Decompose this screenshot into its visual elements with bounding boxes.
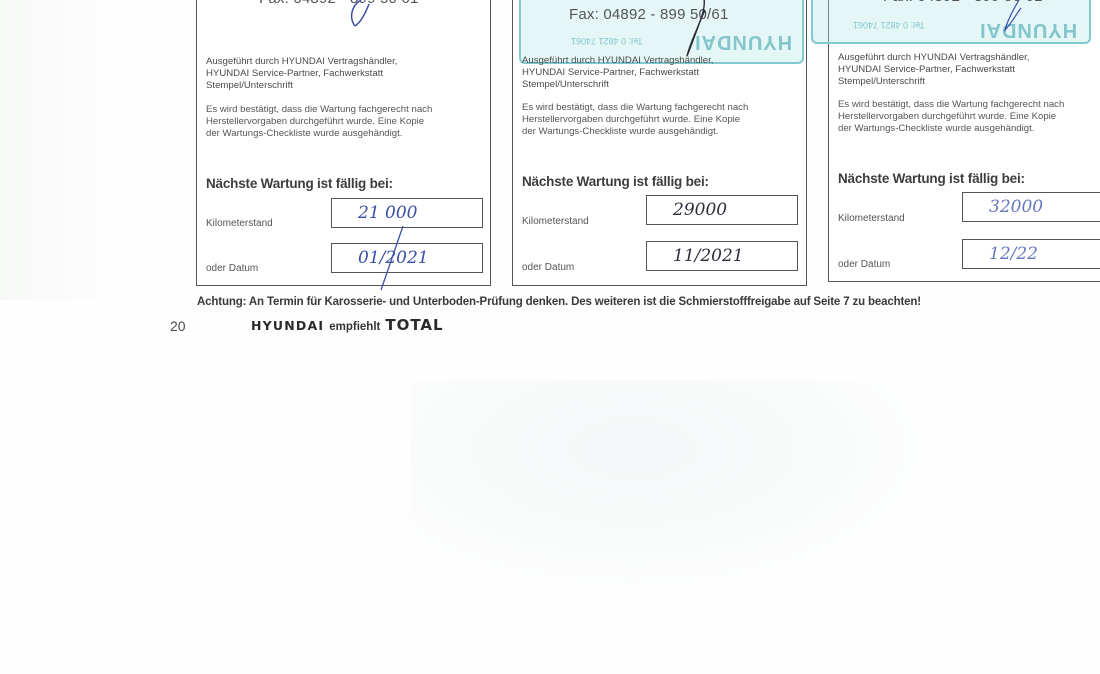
signature-icon — [999, 0, 1029, 36]
footer-branding: HYUNDAI empfiehlt TOTAL — [251, 316, 444, 334]
date-label: oder Datum — [838, 259, 890, 270]
signature-icon — [679, 0, 719, 62]
date-field[interactable]: 11/2021 — [646, 241, 798, 271]
recommends-text: empfiehlt — [329, 321, 380, 333]
next-service-title: Nächste Wartung ist fällig bei: — [206, 176, 393, 191]
service-card-3: HYUNDAI Tel: 0 4821 74061 Fax: 04892 - 8… — [828, 0, 1100, 282]
executed-by-text: Ausgeführt durch HYUNDAI Vertragshändler… — [838, 52, 1029, 89]
bleed-through — [410, 380, 970, 610]
date-label: oder Datum — [522, 262, 574, 273]
confirmation-text: Es wird bestätigt, dass die Wartung fach… — [206, 104, 432, 141]
stamp-tel: Tel: 0 4821 74061 — [571, 36, 643, 46]
date-label: oder Datum — [206, 263, 258, 274]
km-field[interactable]: 32000 — [962, 192, 1100, 222]
inspection-warning: Achtung: An Termin für Karosserie- und U… — [197, 296, 921, 308]
confirmation-text: Es wird bestätigt, dass die Wartung fach… — [522, 102, 748, 139]
service-card-1: Fax: 04892 - 899 50 61 Ausgeführt durch … — [196, 0, 491, 286]
km-label: Kilometerstand — [522, 216, 589, 227]
dealer-fax: Fax: 04892 - 899 50 61 — [259, 0, 419, 7]
dealer-stamp: HYUNDAI Tel: 0 4821 74061 — [811, 0, 1091, 44]
next-service-title: Nächste Wartung ist fällig bei: — [838, 171, 1025, 186]
scan-shadow — [0, 0, 130, 300]
next-service-title: Nächste Wartung ist fällig bei: — [522, 174, 709, 189]
scanned-page: Fax: 04892 - 899 50 61 Ausgeführt durch … — [0, 0, 1100, 674]
stamp-tel: Tel: 0 4821 74061 — [853, 20, 925, 30]
km-label: Kilometerstand — [838, 213, 905, 224]
date-field[interactable]: 01/2021 — [331, 243, 483, 273]
executed-by-text: Ausgeführt durch HYUNDAI Vertragshändler… — [522, 55, 713, 92]
total-logo: TOTAL — [385, 316, 443, 334]
executed-by-text: Ausgeführt durch HYUNDAI Vertragshändler… — [206, 56, 397, 93]
km-label: Kilometerstand — [206, 218, 273, 229]
hyundai-logo: HYUNDAI — [251, 318, 324, 333]
km-field[interactable]: 21 000 — [331, 198, 483, 228]
service-card-2: HYUNDAI Tel: 0 4821 74061 Fax: 04892 - 8… — [512, 0, 807, 286]
page-number: 20 — [170, 318, 186, 334]
confirmation-text: Es wird bestätigt, dass die Wartung fach… — [838, 99, 1064, 136]
pen-stroke-icon — [377, 224, 407, 294]
km-field[interactable]: 29000 — [646, 195, 798, 225]
signature-icon — [343, 0, 383, 36]
date-field[interactable]: 12/22 — [962, 239, 1100, 269]
